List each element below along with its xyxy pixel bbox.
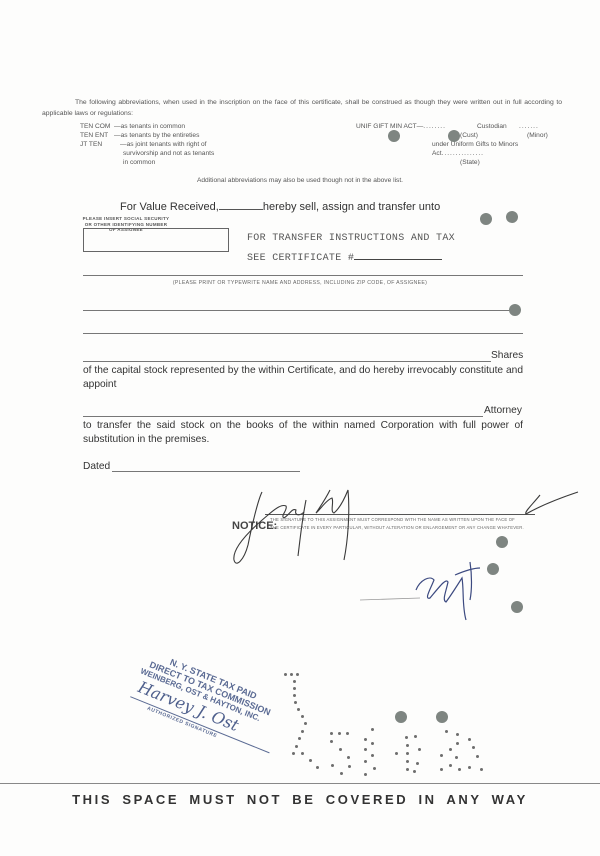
- perforation-dot: [331, 764, 334, 767]
- perforation-dot: [330, 740, 333, 743]
- perforation-dot: [414, 735, 417, 738]
- perforation-dot: [292, 752, 295, 755]
- perforation-dot: [373, 767, 376, 770]
- perforation-dot: [346, 732, 349, 735]
- perforation-dot: [304, 722, 307, 725]
- perforation-dot: [339, 748, 342, 751]
- perforation-dot: [298, 737, 301, 740]
- punch-hole: [511, 601, 523, 613]
- perforation-dot: [290, 673, 293, 676]
- perforation-dot: [301, 715, 304, 718]
- punch-hole: [496, 536, 508, 548]
- punch-hole: [436, 711, 448, 723]
- perforation-dot: [456, 742, 459, 745]
- punch-hole: [506, 211, 518, 223]
- perforation-dot: [458, 768, 461, 771]
- perforation-dot: [293, 694, 296, 697]
- perforation-dot: [371, 742, 374, 745]
- perforation-dot: [294, 701, 297, 704]
- perforation-dot: [347, 756, 350, 759]
- punch-hole: [509, 304, 521, 316]
- perforation-dot: [296, 673, 299, 676]
- perforation-dot: [340, 772, 343, 775]
- assignor-signature: [234, 490, 578, 563]
- perforation-dot: [480, 768, 483, 771]
- punch-hole: [480, 213, 492, 225]
- perforation-dot: [330, 732, 333, 735]
- perforation-dot: [449, 748, 452, 751]
- perforation-dot: [364, 760, 367, 763]
- perforation-dot: [301, 752, 304, 755]
- punch-hole: [448, 130, 460, 142]
- second-signature: [360, 562, 480, 620]
- perforation-dot: [301, 730, 304, 733]
- perforation-dot: [416, 762, 419, 765]
- footer-warning: THIS SPACE MUST NOT BE COVERED IN ANY WA…: [0, 792, 600, 807]
- perforation-dot: [364, 738, 367, 741]
- punch-hole: [487, 563, 499, 575]
- perforation-dot: [445, 730, 448, 733]
- perforation-dot: [293, 680, 296, 683]
- perforation-dot: [468, 766, 471, 769]
- perforation-dot: [284, 673, 287, 676]
- punch-hole: [388, 130, 400, 142]
- perforation-dot: [371, 754, 374, 757]
- perforation-dot: [406, 752, 409, 755]
- perforation-dot: [440, 754, 443, 757]
- perforation-dot: [455, 756, 458, 759]
- footer-rule: [0, 783, 600, 784]
- perforation-dot: [338, 732, 341, 735]
- perforation-dot: [418, 748, 421, 751]
- perforation-dot: [405, 736, 408, 739]
- perforation-dot: [468, 738, 471, 741]
- perforation-dot: [413, 770, 416, 773]
- perforation-dot: [440, 768, 443, 771]
- perforation-dot: [297, 708, 300, 711]
- perforation-dot: [309, 759, 312, 762]
- perforation-dot: [406, 760, 409, 763]
- perforation-dot: [364, 773, 367, 776]
- perforation-dot: [295, 745, 298, 748]
- perforation-dot: [371, 728, 374, 731]
- perforation-dot: [293, 687, 296, 690]
- perforation-dot: [472, 746, 475, 749]
- perforation-dot: [395, 752, 398, 755]
- perforation-dot: [456, 733, 459, 736]
- punch-hole: [395, 711, 407, 723]
- perforation-dot: [348, 765, 351, 768]
- perforation-dot: [449, 764, 452, 767]
- perforation-dot: [364, 748, 367, 751]
- perforation-dot: [316, 766, 319, 769]
- perforation-dot: [406, 768, 409, 771]
- perforation-dot: [406, 744, 409, 747]
- perforation-dot: [476, 755, 479, 758]
